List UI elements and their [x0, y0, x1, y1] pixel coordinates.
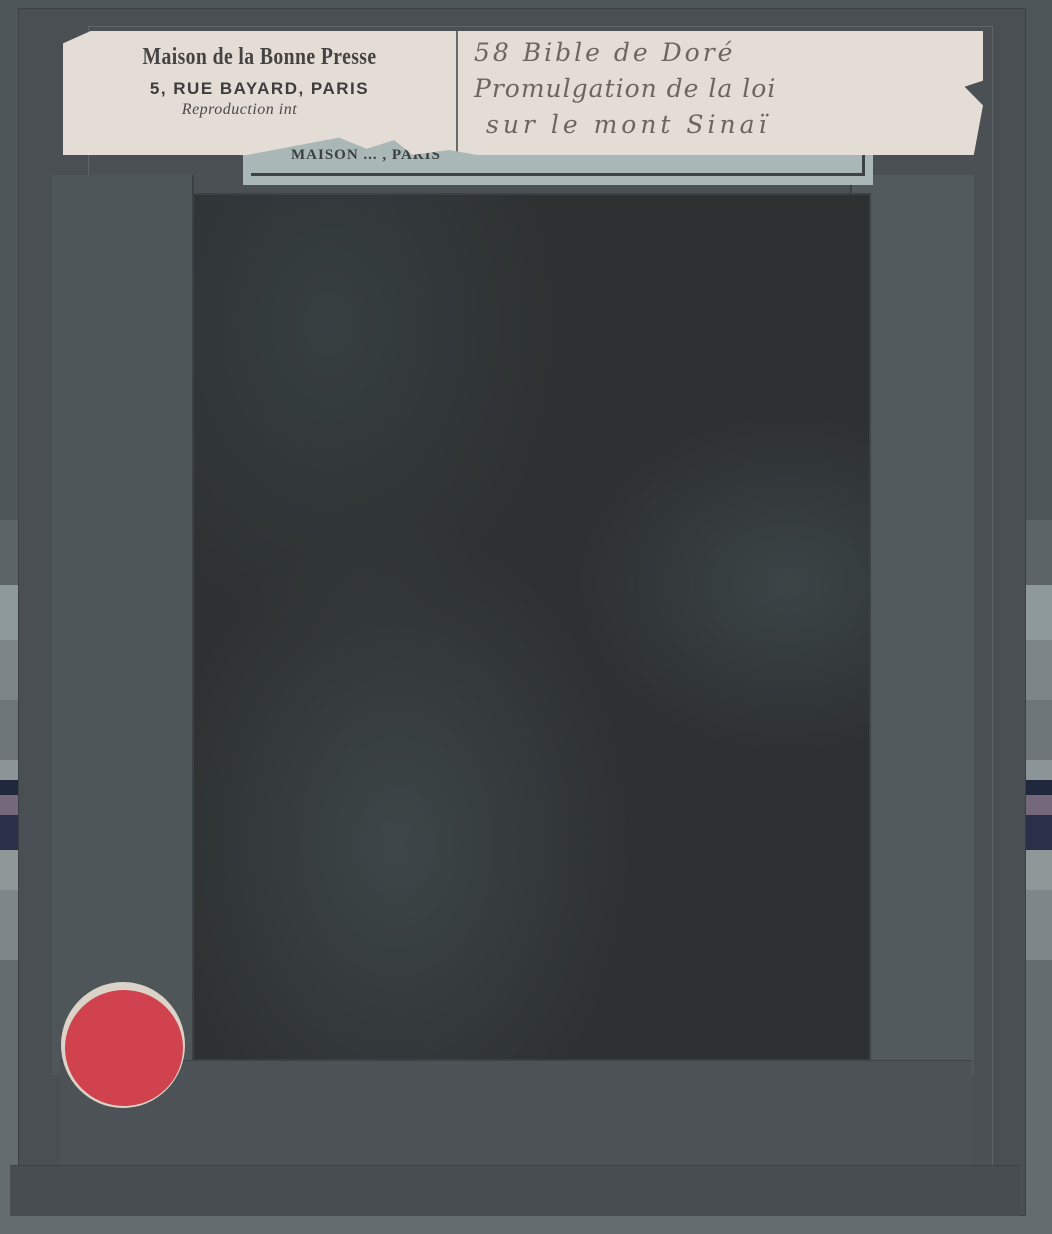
bottom-binding-strip: [60, 1060, 972, 1166]
glass-plate-image: [192, 193, 871, 1061]
handwritten-caption: 58 Bible de Doré Promulgation de la loi …: [460, 31, 980, 155]
handwritten-line-2: Promulgation de la loi: [460, 71, 980, 107]
handwritten-line-3: sur le mont Sinaï: [460, 107, 980, 143]
publisher-note: Reproduction int: [23, 101, 456, 119]
foot-edge: [10, 1165, 1020, 1216]
red-sticker-fill: [65, 990, 183, 1106]
publisher-address: 5, RUE BAYARD, PARIS: [63, 79, 456, 99]
handwritten-line-1: 58 Bible de Doré: [460, 35, 980, 71]
publisher-name: Maison de la Bonne Presse: [98, 44, 420, 71]
paper-label: Maison de la Bonne Presse 5, RUE BAYARD,…: [63, 31, 983, 155]
publisher-block: Maison de la Bonne Presse 5, RUE BAYARD,…: [63, 31, 458, 155]
red-sticker-icon: [61, 982, 185, 1108]
left-binding-strip: [52, 175, 194, 1075]
label-rule: [251, 173, 865, 176]
